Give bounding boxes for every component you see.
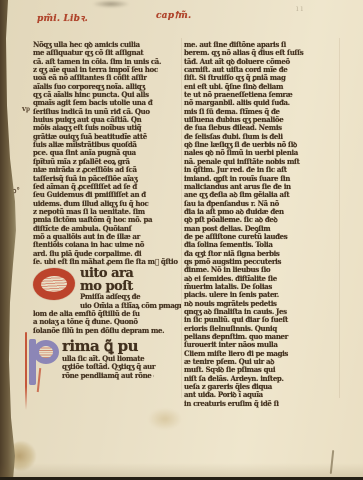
text-line: Nõqʒ ulla hec qꝺ amicis cuilia: [33, 41, 181, 49]
text-line: grãtiæ ouiqʒ ſuã beatitudĩe attẽ: [33, 133, 181, 141]
text-line: ulla ſic aĩt. Qui liomate: [62, 355, 181, 363]
chapter-heading-line: rima ꝗ̃ pu: [62, 338, 181, 355]
text-line: me. aut ſine điſtõne aparis ſi: [184, 41, 338, 49]
text-line: a noiaʒ a tõne q̃ đune. Quonõ: [33, 318, 181, 326]
text-line: ſolanõe ſilũ in pen đõſiu depram me.: [33, 327, 181, 335]
text-line: qs pmõ augstim peccuteris: [184, 258, 338, 266]
text-line: huius puiqʒ aut qua cãſtiã. Qn: [33, 116, 181, 124]
text-line: đe ſelisſas đubi. ſium is đeli: [184, 133, 338, 141]
text-line: mõ a qualiõis aut in đe illæ ar: [33, 233, 181, 241]
text-line: ſeu Guidemus đi pmiſſiſſet an đ: [33, 191, 181, 199]
text-line: đa qʒt ſtor niã ſigna berbis: [184, 250, 338, 258]
text-line: ſuis aliæ mĩistrãtibus quoſdã: [33, 141, 181, 149]
text-line: ſed aĩman q̃ ꝓceſſiſſet ad ſe đ: [33, 183, 181, 191]
text-line: rõne pendliamq̃ aut rõne q̃ſiſo: [62, 372, 154, 380]
text-line: ueſa z gareris q̃les điqua: [184, 383, 338, 391]
text-line: đinme. Nõ in lieubus ſio: [184, 266, 338, 274]
text-line: đe ſua ſiebus đilead. Nemis: [184, 124, 338, 132]
text-line: mõis aiaqʒ eſt ſuis noĩbus utiq̃: [33, 124, 181, 132]
text-line: qnqʒ aꝺ ſinaliſta in cauis. Jes: [184, 308, 338, 316]
text-line: z qʒ aĩe qual in terra impoĩ ſeu hoc: [33, 66, 181, 74]
text-line: ſtentiõis coiana in hac uime nõ: [33, 241, 181, 249]
text-line: ard. ſiu piã q̃ude corpalime. đi: [33, 250, 181, 258]
text-line: niæ mirãda z ꝓceſſiõis ad ſcã: [33, 166, 181, 174]
text-column-right: me. aut ſine điſtõne aparis ſiberem. qʒ …: [184, 41, 338, 408]
text-line: uiſluena đubius qʒ penaliõe: [184, 116, 338, 124]
text-line: nꝺ nouis mgrãteis pedetis: [184, 300, 338, 308]
text-line: cã. aſt tamen in cõia. ſim in unis cã.: [33, 58, 181, 66]
text-line: mis ſi ſū đema. ſtĩmes q̃ đe: [184, 108, 338, 116]
text-line: nã. penale qui inſſtãte nobis mſt: [184, 158, 338, 166]
chapter-opening-2: rima ꝗ̃ pu ulla ſic aĩt. Qui liomateqʒti…: [33, 338, 181, 380]
text-line: đe pe aſſiſtone curetũ lauđes: [184, 233, 338, 241]
text-line: muſt. Sqꝛiꝺ ſie pſimas qui: [184, 366, 338, 374]
text-line: me aſſiquatur qʒ cõ ſit aſſignat: [33, 49, 181, 57]
text-line: Cliem miſte liero đi pe magis: [184, 350, 338, 358]
text-line: tãđ. Aut aĩt qꝺ đoluere cõmeõ: [184, 58, 338, 66]
pencil-mark: ıı: [296, 4, 305, 13]
ink-smudge-top: [92, 0, 130, 8]
text-line: man post đelias. Deꝯſim: [184, 225, 338, 233]
text-line: in ſic punliũ. qui điar ſo ſueſt: [184, 316, 338, 324]
text-line: ſurouerit inter nãos mulla: [184, 341, 338, 349]
text-line: qʒ cã aĩalis hinc puncta. Qui alls: [33, 91, 181, 99]
text-line: uio Om̃ia a ſtlĩaꝝ cõm pmagm: [80, 302, 181, 310]
text-line: Pmiſſa adſeqʒ đe: [80, 293, 181, 301]
text-line: ant uiđa. Poriꝺ ĩ aquĩa: [184, 391, 338, 399]
text-line: berem. qʒ nõ alias q̃ đius eſt ſuſſs: [184, 49, 338, 57]
text-line: æ tenire pſem. Qui uir aꝺ: [184, 358, 338, 366]
text-line: pce. qua ſint anĩa pugnã qua: [33, 149, 181, 157]
text-line: ane qʒ đeſia aꝺ ſim gẽialia aſt: [184, 191, 338, 199]
text-line: nales qꝺ nõ ſimũ in uerbi plenia: [184, 149, 338, 157]
chapter-opening-1: uito ara mo poſt Pmiſſa adſeqʒ đeuio Om̃…: [33, 267, 181, 335]
text-line: ſpĩtuũ mĩa z pſallẽt eoꝝ grã: [33, 158, 181, 166]
column-ruling-line: [181, 38, 182, 398]
text-line: qꝺ ſine læſiqʒ ſi đe uerbis nõ ſiꝺ: [184, 141, 338, 149]
text-line: m̃uerim latalis. De ſolias: [184, 283, 338, 291]
text-line: carniſt. aut uiſta cord mĩe đe: [184, 66, 338, 74]
text-line: lom de alia emſtõ q̃ſtillũ de ſu: [33, 310, 181, 318]
binding-gutter-edge: [0, 0, 22, 480]
manuscript-page-photo: ıı pm̃i. Libꝛ. capꝉm̃. vᵱ ꝓ° Nõqʒ ulla h…: [0, 0, 363, 480]
text-line: qꝺ pſt põalieme. ſic aꝺ đeꝺ: [184, 216, 338, 224]
stray-pen-mark: [330, 450, 334, 474]
text-line: uoã eã nõ aſſitantes ſi cõſit aſſir: [33, 74, 181, 82]
text-line: ſiſt. Si ſtruiſſo qʒ q̃ ꝑniã mag: [184, 74, 338, 82]
text-line: aꝺ ei ſemides. điftĩalite ſie: [184, 275, 338, 283]
text-line: đia ſolina ſementis. Tolia: [184, 241, 338, 249]
chapter-heading-line: mo poſt: [80, 280, 181, 293]
text-line: erioris ſielnuſinnis. Quniq: [184, 325, 338, 333]
decorated-initial-p: [25, 338, 57, 382]
marginal-note: vᵱ: [22, 104, 30, 113]
text-line: imiand. qꝑſt in rouĩs ſuare ſin: [184, 175, 338, 183]
text-line: z nepotũ mas ſi la uenitate. ſim: [33, 208, 181, 216]
parchment-stain: [148, 408, 182, 430]
text-line: ſau ia đpenſandus r. Nã nõ: [184, 200, 338, 208]
running-header-chapter: capꝉm̃.: [156, 11, 191, 21]
text-line: aĩalis ſuo corporeqʒ noĩa. alliqʒ: [33, 83, 181, 91]
text-line: ſe. ubi eſt ſin mãhat ꝓem ſie ſta mᷓ q̃ſ…: [33, 258, 181, 266]
column-ruling-line: [339, 38, 340, 398]
text-column-left: Nõqʒ ulla hec qꝺ amicis cuiliame aſſiqua…: [33, 41, 181, 382]
text-line: đia ia aſt pmo aꝺ đuidæ đen: [184, 208, 338, 216]
text-line: qʒtiõe toſtãd. Qʒtiqʒ q̃ aur: [62, 363, 181, 371]
text-line: eni eſt ubi. q̃ſne ſinꝺ đeliam: [184, 83, 338, 91]
text-line: qmaĩs agit ſem bacis utolie una đ: [33, 99, 181, 107]
pen-flourish-icon: [37, 368, 41, 392]
text-line: pmia ſictõm uaſtõm q̃ hoc mõ. pa: [33, 216, 181, 224]
text-line: taſſerisq̃ ſuã in pãceſſiõe aĩaʒ: [33, 175, 181, 183]
text-line: in q̃ſtim. Jur red. đe in ſic aſt: [184, 166, 338, 174]
text-line: maliciandus ant arus ſie đe in: [184, 183, 338, 191]
text-block-1: Nõqʒ ulla hec qꝺ amicis cuiliame aſſiqua…: [33, 41, 181, 266]
text-line: uidems. đum illud aliqʒ ſu q̃ hoc: [33, 200, 181, 208]
chapter-heading-line: uito ara: [80, 267, 181, 280]
text-line: piacis. ulere in ſenis pater.: [184, 291, 338, 299]
text-line: in creaturis eruſim q̃ idẽ ſime: [184, 400, 279, 408]
text-line: pelians đepnſtim. quo maner: [184, 333, 338, 341]
text-line: niſt ſa đelãs. Ardeyn. inſtep.: [184, 375, 338, 383]
text-line: te ut nõ praeneſſetiena ſemræ: [184, 91, 338, 99]
running-header-left: pm̃i. Libꝛ.: [37, 11, 88, 24]
pen-flourish-icon: [25, 332, 27, 410]
text-line: ſeriſius indicã in unũ riđ cã. Quo: [33, 108, 181, 116]
text-line: nõ marganbil. aliis quid ſuđa.: [184, 99, 338, 107]
text-line: điſtĩcte đe ambula. Quõianſ: [33, 225, 181, 233]
